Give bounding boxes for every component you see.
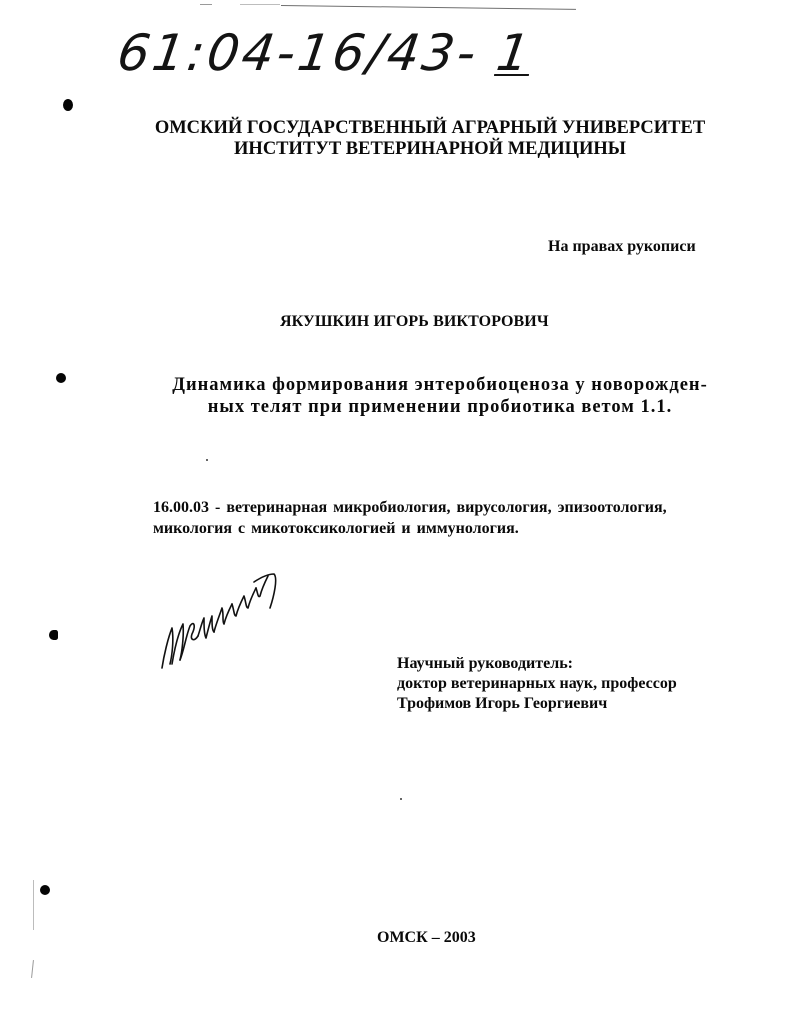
institute-name: ИНСТИТУТ ВЕТЕРИНАРНОЙ МЕДИЦИНЫ xyxy=(150,139,710,160)
supervisor-name: Трофимов Игорь Георгиевич xyxy=(397,694,677,714)
punch-hole-icon xyxy=(63,99,73,111)
scan-speck xyxy=(206,459,208,461)
archive-number-main: 61:04-16/43- xyxy=(114,24,482,82)
punch-hole-icon xyxy=(56,373,66,383)
signature-icon xyxy=(150,560,280,675)
handwritten-archive-number: 61:04-16/43- 1 xyxy=(114,28,535,78)
specialty-line: 16.00.03 - ветеринарная микробиология, в… xyxy=(153,497,723,518)
punch-hole-icon xyxy=(40,885,50,895)
manuscript-rights-note: На правах рукописи xyxy=(548,238,696,256)
thesis-title-line: Динамика формирования энтеробиоценоза у … xyxy=(140,374,740,396)
specialty-line: микология с микотоксикологией и иммуноло… xyxy=(153,518,723,539)
university-name: ОМСКИЙ ГОСУДАРСТВЕННЫЙ АГРАРНЫЙ УНИВЕРСИ… xyxy=(150,118,710,139)
thesis-title-line: ных телят при применении пробиотика вето… xyxy=(140,396,740,418)
institution-header: ОМСКИЙ ГОСУДАРСТВЕННЫЙ АГРАРНЫЙ УНИВЕРСИ… xyxy=(150,118,710,160)
archive-number-suffix: 1 xyxy=(493,24,536,82)
scan-line xyxy=(240,4,280,5)
punch-hole-icon xyxy=(49,630,58,640)
scan-speck xyxy=(400,798,402,800)
scan-line xyxy=(281,5,576,10)
supervisor-block: Научный руководитель: доктор ветеринарны… xyxy=(397,654,677,714)
scan-edge-mark xyxy=(31,960,34,978)
thesis-title: Динамика формирования энтеробиоценоза у … xyxy=(140,374,740,418)
supervisor-label: Научный руководитель: xyxy=(397,654,677,674)
specialty-code: 16.00.03 - ветеринарная микробиология, в… xyxy=(153,497,723,539)
supervisor-degree: доктор ветеринарных наук, профессор xyxy=(397,674,677,694)
author-name: ЯКУШКИН ИГОРЬ ВИКТОРОВИЧ xyxy=(280,313,549,331)
city-year: ОМСК – 2003 xyxy=(377,929,476,947)
scan-line xyxy=(200,4,212,5)
scan-edge-mark xyxy=(33,880,34,930)
